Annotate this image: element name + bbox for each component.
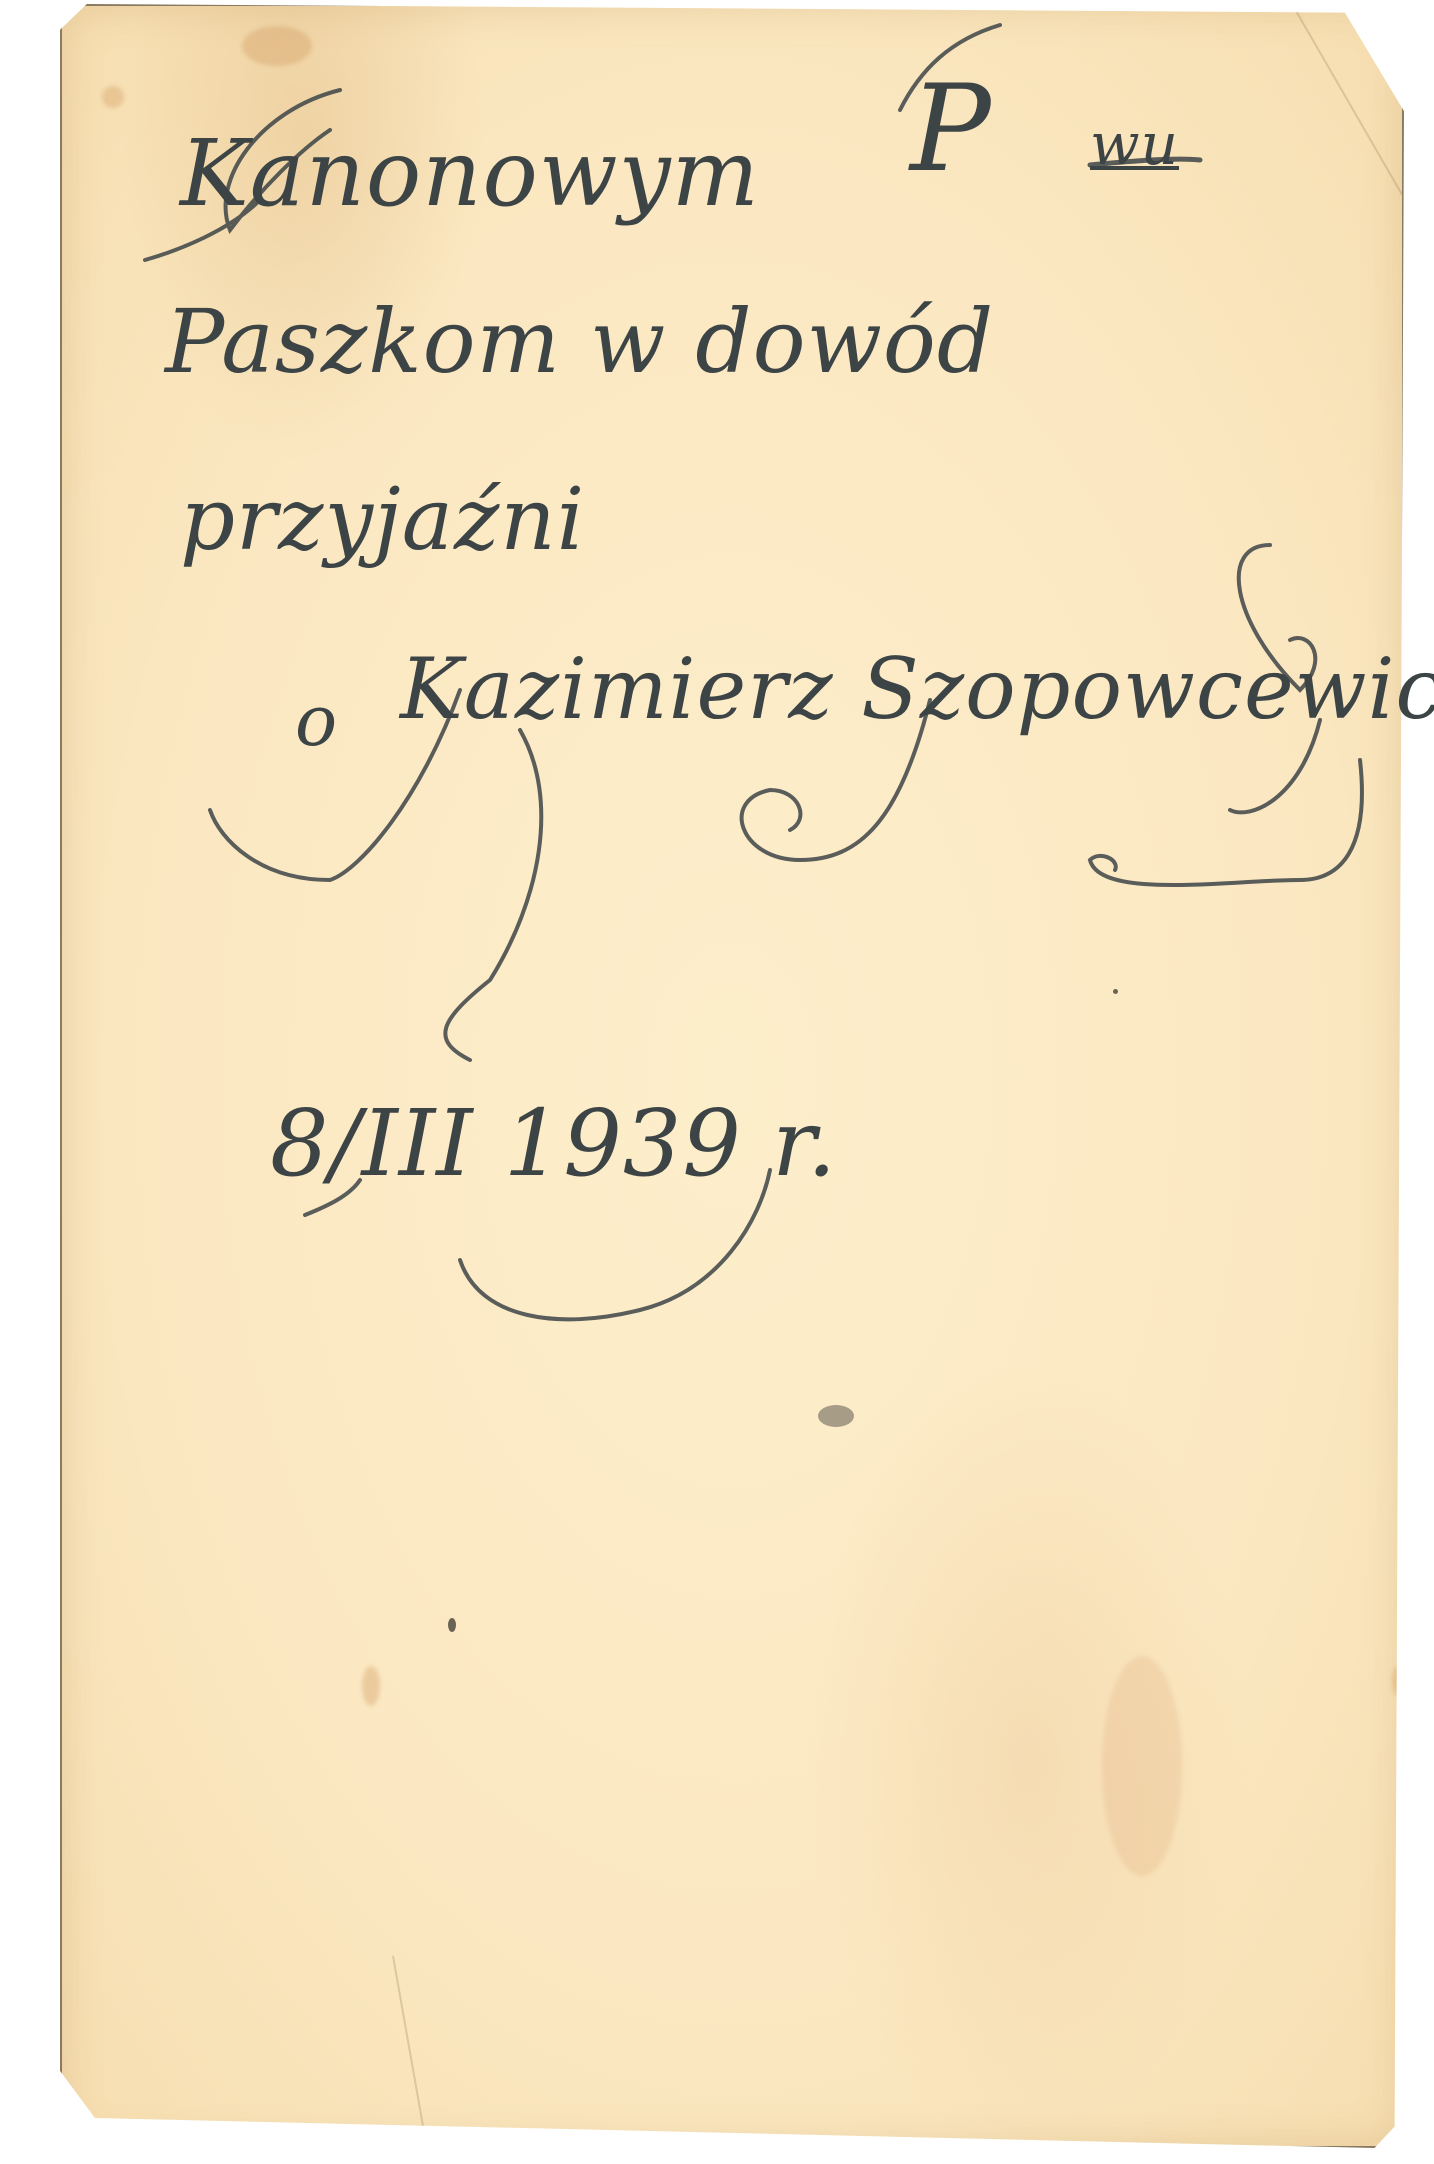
- signature-prefix: o: [295, 680, 338, 762]
- body-line-1: Paszkom w dowód: [165, 290, 994, 393]
- ink-speck: [1113, 989, 1118, 994]
- foxing-stain: [1102, 1656, 1182, 1876]
- ink-blot: [818, 1405, 854, 1427]
- salutation-text: Kanonowym: [180, 120, 760, 227]
- salutation-abbrev-suffix: wu: [1090, 110, 1179, 178]
- foxing-stain: [1392, 1666, 1406, 1696]
- signature: Kazimierz Szopowcewicz: [400, 640, 1434, 738]
- salutation-abbrev-capital: P: [910, 60, 992, 199]
- foxing-stain: [242, 26, 312, 66]
- paper-crease: [1292, 5, 1424, 231]
- body-line-2: przyjaźni: [180, 470, 585, 570]
- paper-crease: [392, 1956, 427, 2143]
- foxing-stain: [362, 1666, 380, 1706]
- foxing-stain: [102, 86, 124, 108]
- ink-speck: [448, 1618, 456, 1632]
- date-text: 8/III 1939 r.: [270, 1090, 837, 1197]
